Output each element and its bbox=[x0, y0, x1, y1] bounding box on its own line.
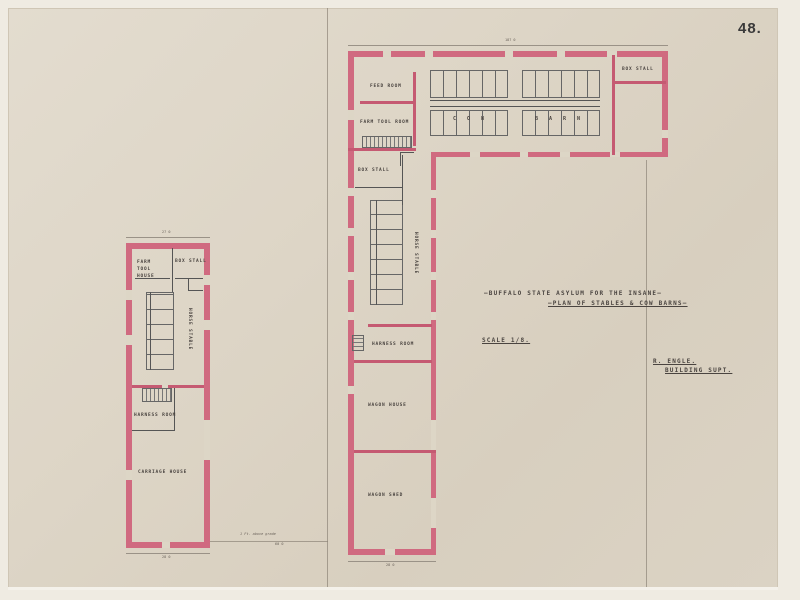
room-label-carriage-house: CARRIAGE HOUSE bbox=[138, 470, 187, 475]
room-label-wagon-shed: WAGON SHED bbox=[368, 493, 403, 498]
wall bbox=[431, 152, 668, 157]
author-title: BUILDING SUPT. bbox=[665, 367, 732, 374]
stairs bbox=[362, 136, 412, 148]
title-line-1: —BUFFALO STATE ASYLUM FOR THE INSANE— bbox=[484, 290, 662, 297]
ground-dimension: 60 0 bbox=[275, 542, 283, 546]
room-label-farm-tool-house: FARM TOOL HOUSE bbox=[137, 259, 167, 280]
room-label-cow-barn: B A R N bbox=[535, 116, 584, 122]
room-label-box-stall: BOX STALL bbox=[358, 168, 390, 173]
partition bbox=[348, 148, 416, 151]
partition bbox=[413, 72, 416, 146]
dimension-bottom: 28 0 bbox=[162, 555, 170, 559]
room-label-horse-stable: HORSE STABLE bbox=[413, 232, 418, 274]
horse-stalls bbox=[370, 200, 403, 305]
room-label-farm-tool-room: FARM TOOL ROOM bbox=[360, 120, 409, 125]
partition bbox=[354, 360, 432, 363]
partition bbox=[360, 101, 415, 104]
wall bbox=[204, 243, 210, 548]
partition bbox=[612, 81, 666, 84]
room-label-horse-stable: HORSE STABLE bbox=[187, 308, 192, 350]
room-label-harness-room: HARNESS ROOM bbox=[134, 413, 176, 418]
room-label-feed-room: FEED ROOM bbox=[370, 84, 402, 89]
scale-note: SCALE 1/8. bbox=[482, 337, 530, 344]
room-label-box-stall: BOX STALL bbox=[175, 259, 207, 264]
wall bbox=[431, 152, 436, 555]
cow-stalls-row bbox=[522, 70, 600, 98]
partition bbox=[354, 450, 436, 453]
sheet-edge bbox=[8, 587, 778, 590]
stairs bbox=[142, 388, 172, 402]
dimension-bottom: 28 0 bbox=[386, 563, 394, 567]
wall bbox=[348, 51, 354, 555]
author-name: R. ENGLE. bbox=[653, 358, 696, 365]
wall bbox=[126, 243, 210, 249]
sheet-number: 48. bbox=[738, 20, 762, 37]
room-label-wagon-house: WAGON HOUSE bbox=[368, 403, 407, 408]
wall bbox=[662, 51, 668, 157]
room-label-cow-barn: C O W bbox=[453, 116, 488, 122]
guide-line-horizontal bbox=[210, 541, 328, 542]
dimension-top: 27 0 bbox=[162, 230, 170, 234]
room-label-box-stall: BOX STALL bbox=[622, 67, 654, 72]
guide-line-vertical-1 bbox=[327, 8, 328, 587]
wall bbox=[126, 243, 132, 548]
title-line-2: —PLAN OF STABLES & COW BARNS— bbox=[548, 300, 688, 307]
dimension-top-overall: 187 0 bbox=[505, 38, 516, 42]
stairs bbox=[352, 335, 364, 351]
cow-stalls-row bbox=[522, 110, 600, 136]
partition bbox=[368, 324, 432, 327]
cow-stalls-row bbox=[430, 70, 508, 98]
ground-note: 1 Ft. above grade bbox=[240, 532, 276, 536]
room-label-harness-room: HARNESS ROOM bbox=[372, 342, 414, 347]
cow-stalls-row bbox=[430, 110, 508, 136]
guide-line-vertical-2 bbox=[646, 160, 647, 587]
partition bbox=[612, 55, 615, 155]
